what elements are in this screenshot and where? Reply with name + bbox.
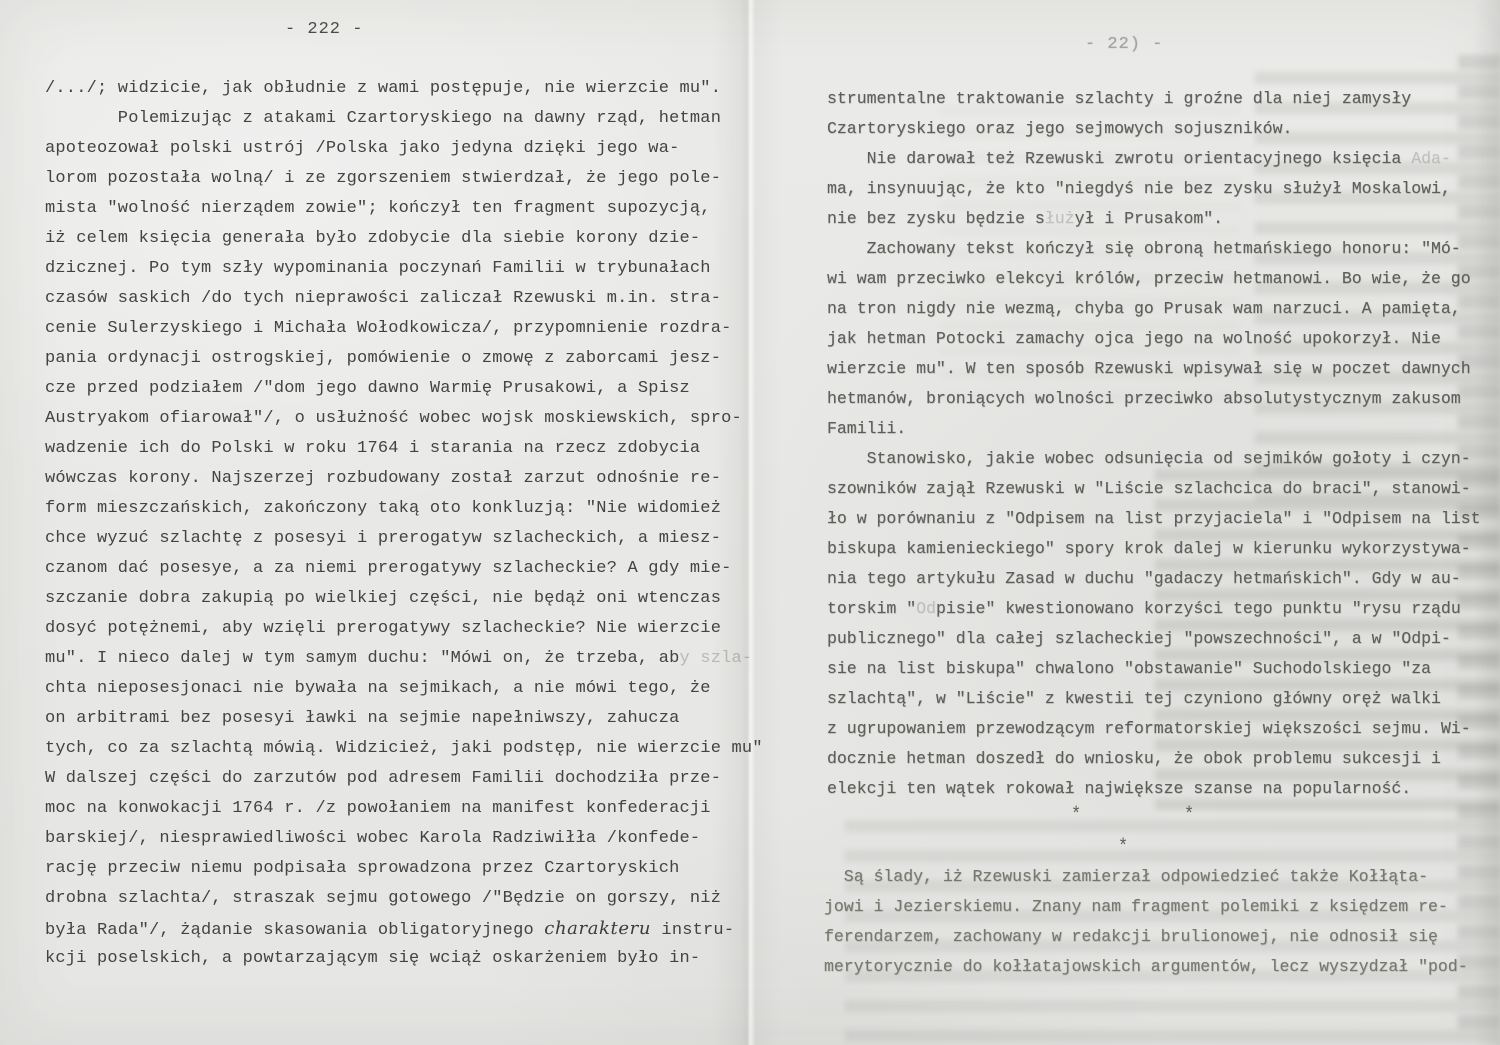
- text-line: Familii.: [827, 414, 1477, 444]
- text-line: hetmanów, broniących wolności przeciwko …: [827, 384, 1477, 414]
- text-line: on arbitrami bez posesyi ławki na sejmie…: [45, 704, 745, 734]
- text-line: Nie darował też Rzewuski zwrotu orientac…: [827, 144, 1477, 174]
- text-line: na tron nigdy nie wezmą, chyba go Prusak…: [827, 294, 1477, 324]
- text-line: czanom dać posesye, a za niemi prerogaty…: [45, 554, 745, 584]
- page-right-text-column-top: strumentalne traktowanie szlachty i groź…: [827, 84, 1477, 804]
- text-line: publicznego" dla całej szlacheckiej "pow…: [827, 624, 1477, 654]
- text-line: iż celem księcia generała było zdobycie …: [45, 224, 745, 254]
- text-line: lorom pozostała wolną/ i ze zgorszeniem …: [45, 164, 745, 194]
- text-line: form mieszczańskich, zakończony taką oto…: [45, 494, 745, 524]
- text-line: biskupa kamienieckiego" spory krok dalej…: [827, 534, 1477, 564]
- text-line: elekcji ten wątek rokował największe sza…: [827, 774, 1477, 804]
- document-scan: - 222 - /.../; widzicie, jak obłudnie z …: [0, 0, 1500, 1045]
- text-line: wadzenie ich do Polski w roku 1764 i sta…: [45, 434, 745, 464]
- asterisk-separator: *: [1184, 806, 1194, 825]
- text-line: ferendarzem, zachowany w redakcji brulio…: [824, 922, 1474, 952]
- asterisk-separator: *: [1118, 838, 1128, 857]
- text-line: W dalszej części do zarzutów pod adresem…: [45, 764, 745, 794]
- text-line: tych, co za szlachtą mówią. Widzicież, j…: [45, 734, 745, 764]
- text-line: torskim "Odpisie" kwestionowano korzyści…: [827, 594, 1477, 624]
- text-line: wierzcie mu". W ten sposób Rzewuski wpis…: [827, 354, 1477, 384]
- text-line: szczanie dobra zakupią po wielkiej częśc…: [45, 584, 745, 614]
- text-line: jak hetman Potocki zamachy ojca jego na …: [827, 324, 1477, 354]
- text-line: była Rada"/, żądanie skasowania obligato…: [45, 914, 745, 944]
- text-line: docznie hetman doszedł do wniosku, że ob…: [827, 744, 1477, 774]
- text-line: Polemizując z atakami Czartoryskiego na …: [45, 104, 745, 134]
- text-line: kcji poselskich, a powtarzającym się wci…: [45, 944, 745, 974]
- text-line: nie bez zysku będzie służył i Prusakom".: [827, 204, 1477, 234]
- text-line: z ugrupowaniem przewodzącym reformatorsk…: [827, 714, 1477, 744]
- text-line: dosyć potężnemi, aby wzięli prerogatywy …: [45, 614, 745, 644]
- text-line: mu". I nieco dalej w tym samym duchu: "M…: [45, 644, 745, 674]
- text-line: pania ordynacji ostrogskiej, pomówienie …: [45, 344, 745, 374]
- text-line: strumentalne traktowanie szlachty i groź…: [827, 84, 1477, 114]
- text-line: cze przed podziałem /"dom jego dawno War…: [45, 374, 745, 404]
- text-line: cenie Sulerzyskiego i Michała Wołodkowic…: [45, 314, 745, 344]
- text-line: rację przeciw niemu podpisała sprowadzon…: [45, 854, 745, 884]
- text-line: merytorycznie do kołłatajowskich argumen…: [824, 952, 1474, 982]
- text-line: Austryakom ofiarował"/, o usłużność wobe…: [45, 404, 745, 434]
- text-line: Stanowisko, jakie wobec odsunięcia od se…: [827, 444, 1477, 474]
- text-line: chce wyzuć szlachtę z posesyi i prerogat…: [45, 524, 745, 554]
- page-number-left: - 222 -: [285, 20, 363, 39]
- page-right-text-column-bottom: Są ślady, iż Rzewuski zamierzał odpowied…: [824, 862, 1474, 982]
- text-line: dzicznej. Po tym szły wypominania poczyn…: [45, 254, 745, 284]
- text-line: chta nieposesjonaci nie bywała na sejmik…: [45, 674, 745, 704]
- text-line: ło w porównaniu z "Odpisem na list przyj…: [827, 504, 1477, 534]
- page-number-right: - 22) -: [1085, 35, 1163, 54]
- text-line: /.../; widzicie, jak obłudnie z wami pos…: [45, 74, 745, 104]
- text-line: Zachowany tekst kończył się obroną hetma…: [827, 234, 1477, 264]
- text-line: drobna szlachta/, straszak sejmu gotoweg…: [45, 884, 745, 914]
- text-line: mista "wolność nierządem zowie"; kończył…: [45, 194, 745, 224]
- text-line: nia tego artykułu Zasad w duchu "gadaczy…: [827, 564, 1477, 594]
- text-line: apoteozował polski ustrój /Polska jako j…: [45, 134, 745, 164]
- text-line: szowników zajął Rzewuski w "Liście szlac…: [827, 474, 1477, 504]
- text-line: ma, insynuując, że kto "niegdyś nie bez …: [827, 174, 1477, 204]
- text-line: wi wam przeciwko elekcyi królów, przeciw…: [827, 264, 1477, 294]
- text-line: moc na konwokacji 1764 r. /z powołaniem …: [45, 794, 745, 824]
- text-line: jowi i Jezierskiemu. Znany nam fragment …: [824, 892, 1474, 922]
- text-line: wówczas korony. Najszerzej rozbudowany z…: [45, 464, 745, 494]
- text-line: barskiej/, niesprawiedliwości wobec Karo…: [45, 824, 745, 854]
- text-line: Czartoryskiego oraz jego sejmowych sojus…: [827, 114, 1477, 144]
- text-line: sie na list biskupa" chwalono "obstawani…: [827, 654, 1477, 684]
- text-line: Są ślady, iż Rzewuski zamierzał odpowied…: [824, 862, 1474, 892]
- text-line: szlachtą", w "Liście" z kwestii tej czyn…: [827, 684, 1477, 714]
- page-left-text-column: /.../; widzicie, jak obłudnie z wami pos…: [45, 74, 745, 974]
- text-line: czasów saskich /do tych nieprawości zali…: [45, 284, 745, 314]
- asterisk-separator: *: [1071, 806, 1081, 825]
